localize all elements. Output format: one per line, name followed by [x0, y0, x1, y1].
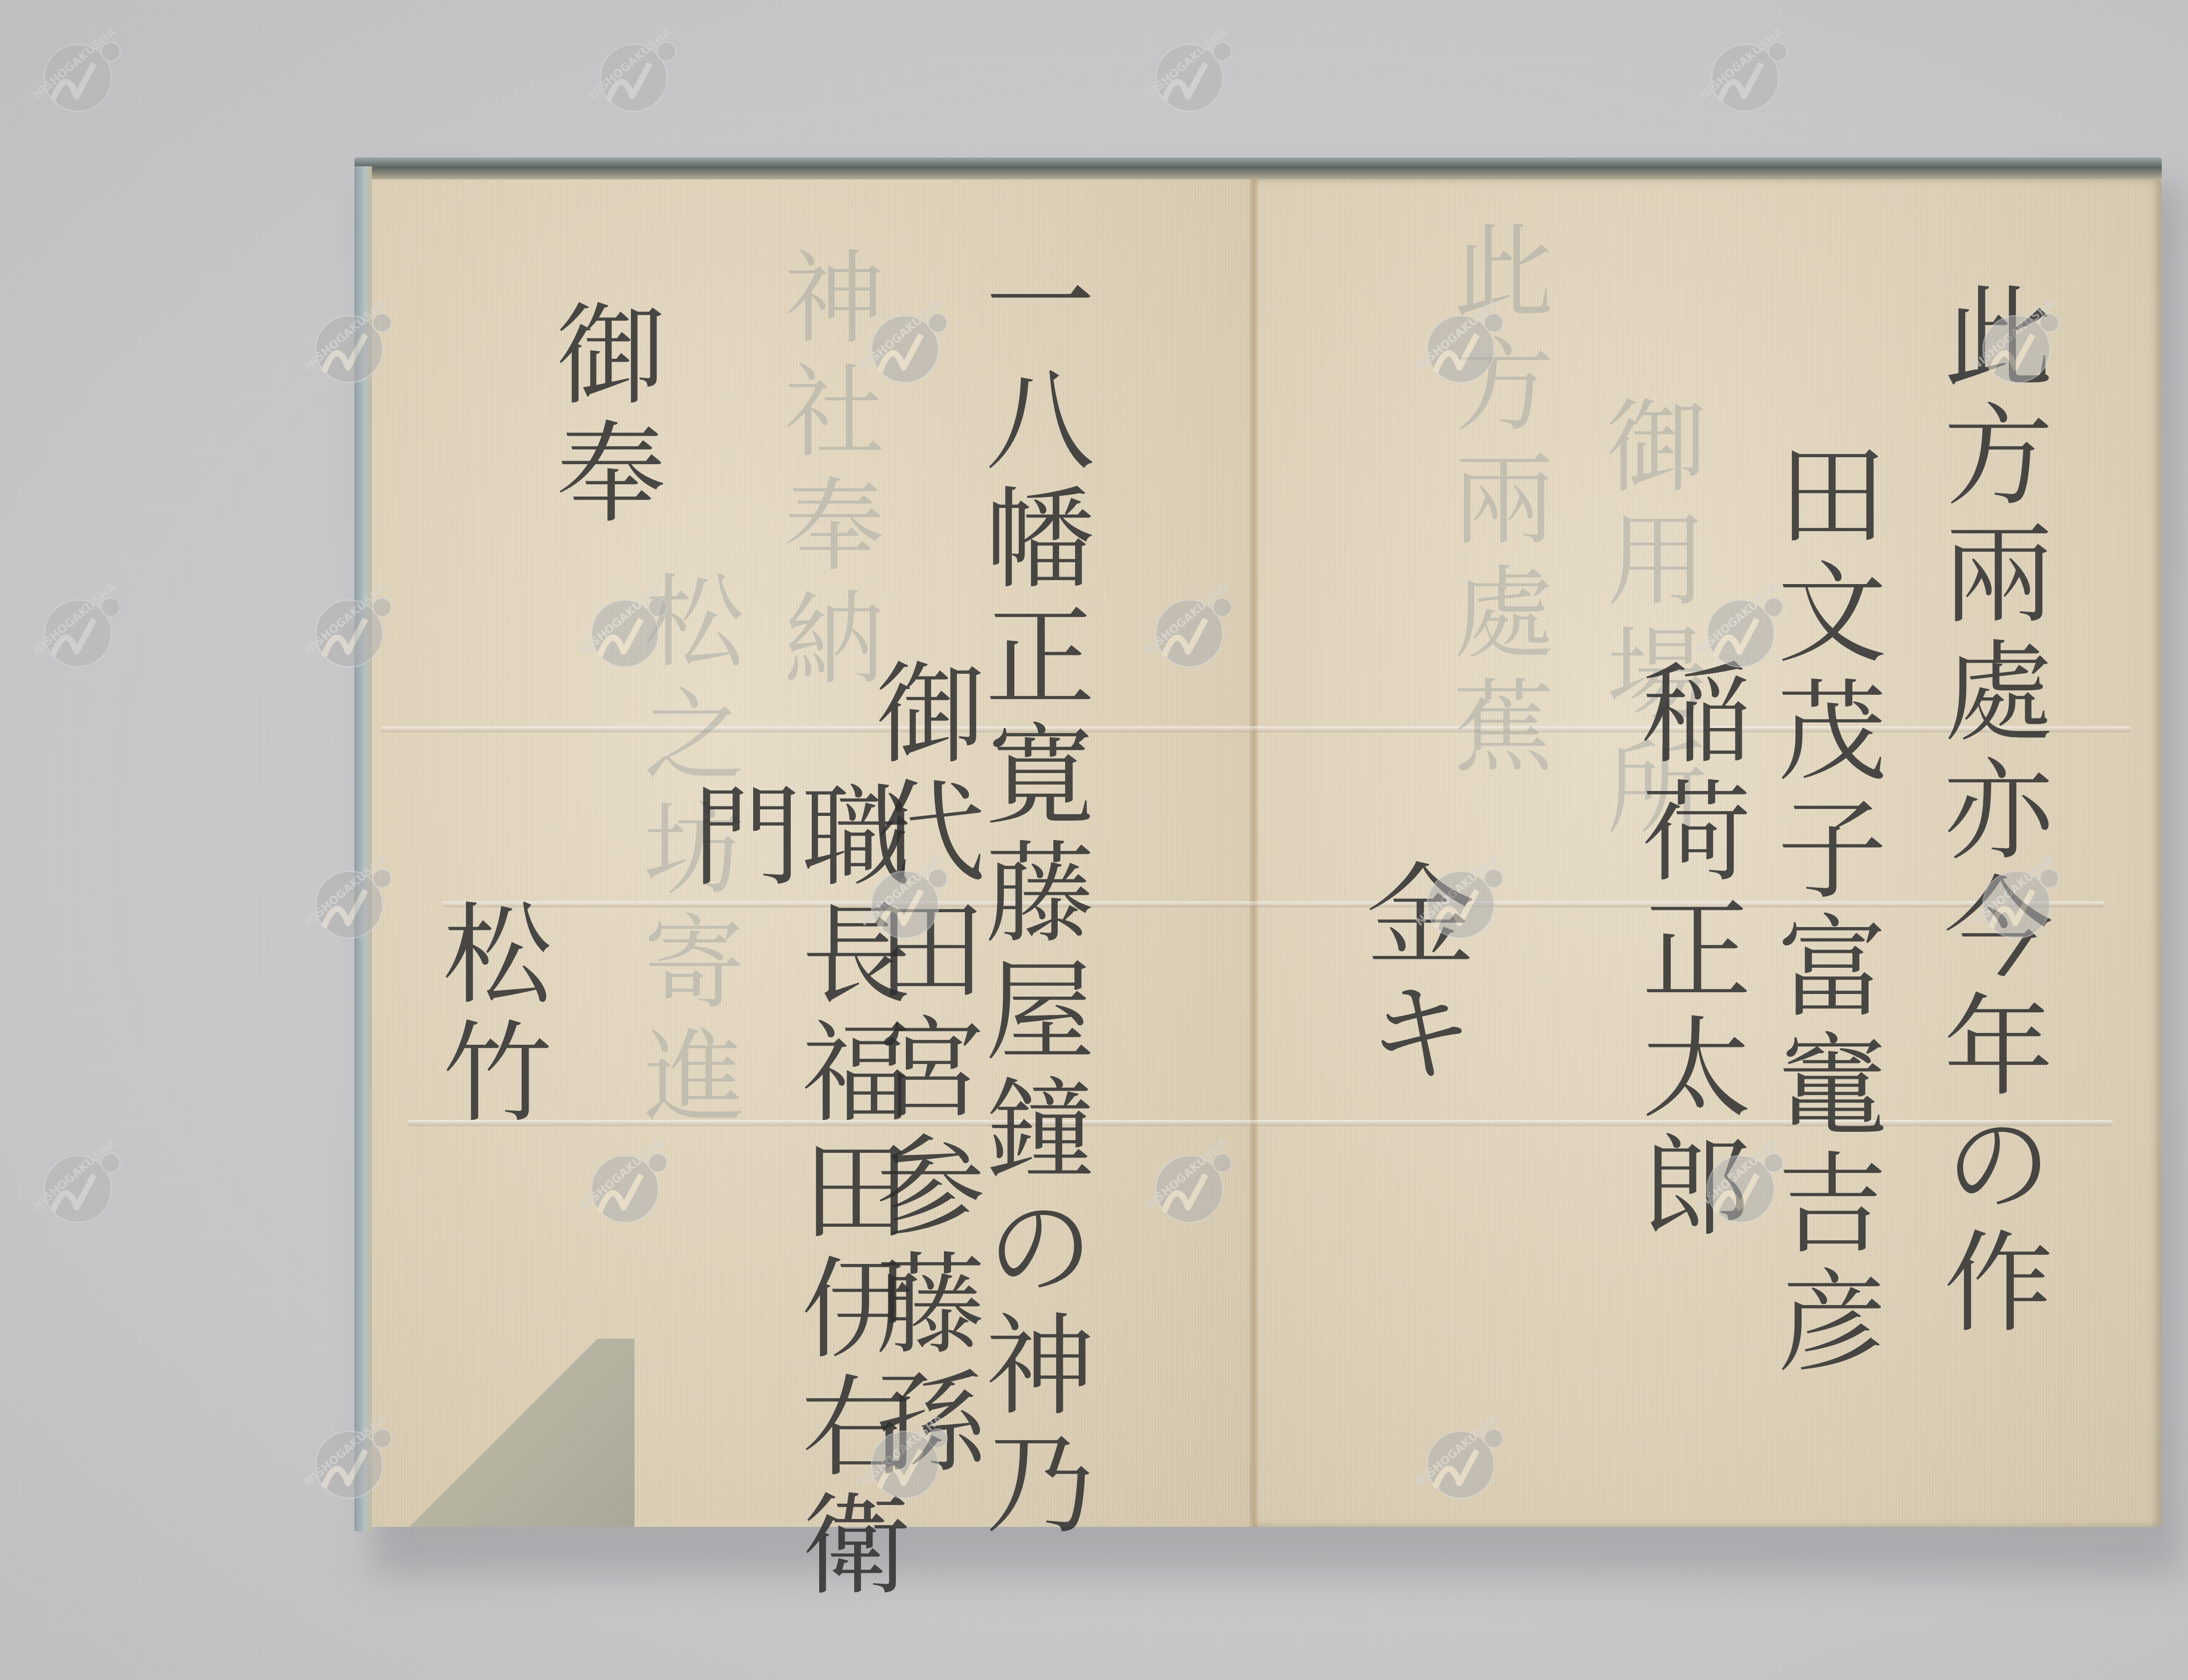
watermark-logo-icon: NISHOGAKUSHA — [1965, 297, 2065, 398]
book-cover-top-edge — [354, 157, 2162, 179]
calligraphy-column: 御奉 — [547, 297, 656, 534]
watermark-logo-icon: NISHOGAKUSHA — [1965, 853, 2065, 954]
watermark-logo-icon: NISHOGAKUSHA — [26, 582, 127, 682]
calligraphy-column: 田文茂子富竃吉彦 — [1768, 437, 1877, 1382]
watermark-logo-icon: NISHOGAKUSHA — [1694, 26, 1794, 127]
watermark-logo-icon: NISHOGAKUSHA — [26, 26, 127, 127]
folded-corner — [372, 1339, 635, 1527]
watermark-logo-icon: NISHOGAKUSHA — [26, 1137, 127, 1238]
calligraphy-column: 此方兩處亦今年の作 — [1934, 280, 2044, 1343]
watermark-logo-icon: NISHOGAKUSHA — [298, 297, 398, 398]
calligraphy-column: 松竹 — [433, 897, 543, 1133]
watermark-logo-icon: NISHOGAKUSHA — [573, 582, 674, 682]
watermark-logo-icon: NISHOGAKUSHA — [1138, 1137, 1238, 1238]
watermark-logo-icon: NISHOGAKUSHA — [1689, 1137, 1790, 1238]
watermark-logo-icon: NISHOGAKUSHA — [582, 26, 683, 127]
watermark-logo-icon: NISHOGAKUSHA — [298, 1413, 398, 1514]
watermark-logo-icon: NISHOGAKUSHA — [298, 853, 398, 954]
watermark-logo-icon: NISHOGAKUSHA — [1689, 582, 1790, 682]
watermark-logo-icon: NISHOGAKUSHA — [853, 297, 954, 398]
watermark-logo-icon: NISHOGAKUSHA — [1138, 26, 1238, 127]
watermark-logo-icon: NISHOGAKUSHA — [853, 1413, 954, 1514]
center-fold — [1249, 179, 1258, 1527]
calligraphy-column: 一八幡正寛藤屋鐘の神乃 — [976, 245, 1085, 1544]
watermark-logo-icon: NISHOGAKUSHA — [1138, 582, 1238, 682]
watermark-logo-icon: NISHOGAKUSHA — [1409, 853, 1510, 954]
watermark-logo-icon: NISHOGAKUSHA — [1409, 297, 1510, 398]
watermark-logo-icon: NISHOGAKUSHA — [573, 1137, 674, 1238]
watermark-logo-icon: NISHOGAKUSHA — [853, 853, 954, 954]
watermark-logo-icon: NISHOGAKUSHA — [298, 582, 398, 682]
watermark-logo-icon: NISHOGAKUSHA — [1409, 1413, 1510, 1514]
